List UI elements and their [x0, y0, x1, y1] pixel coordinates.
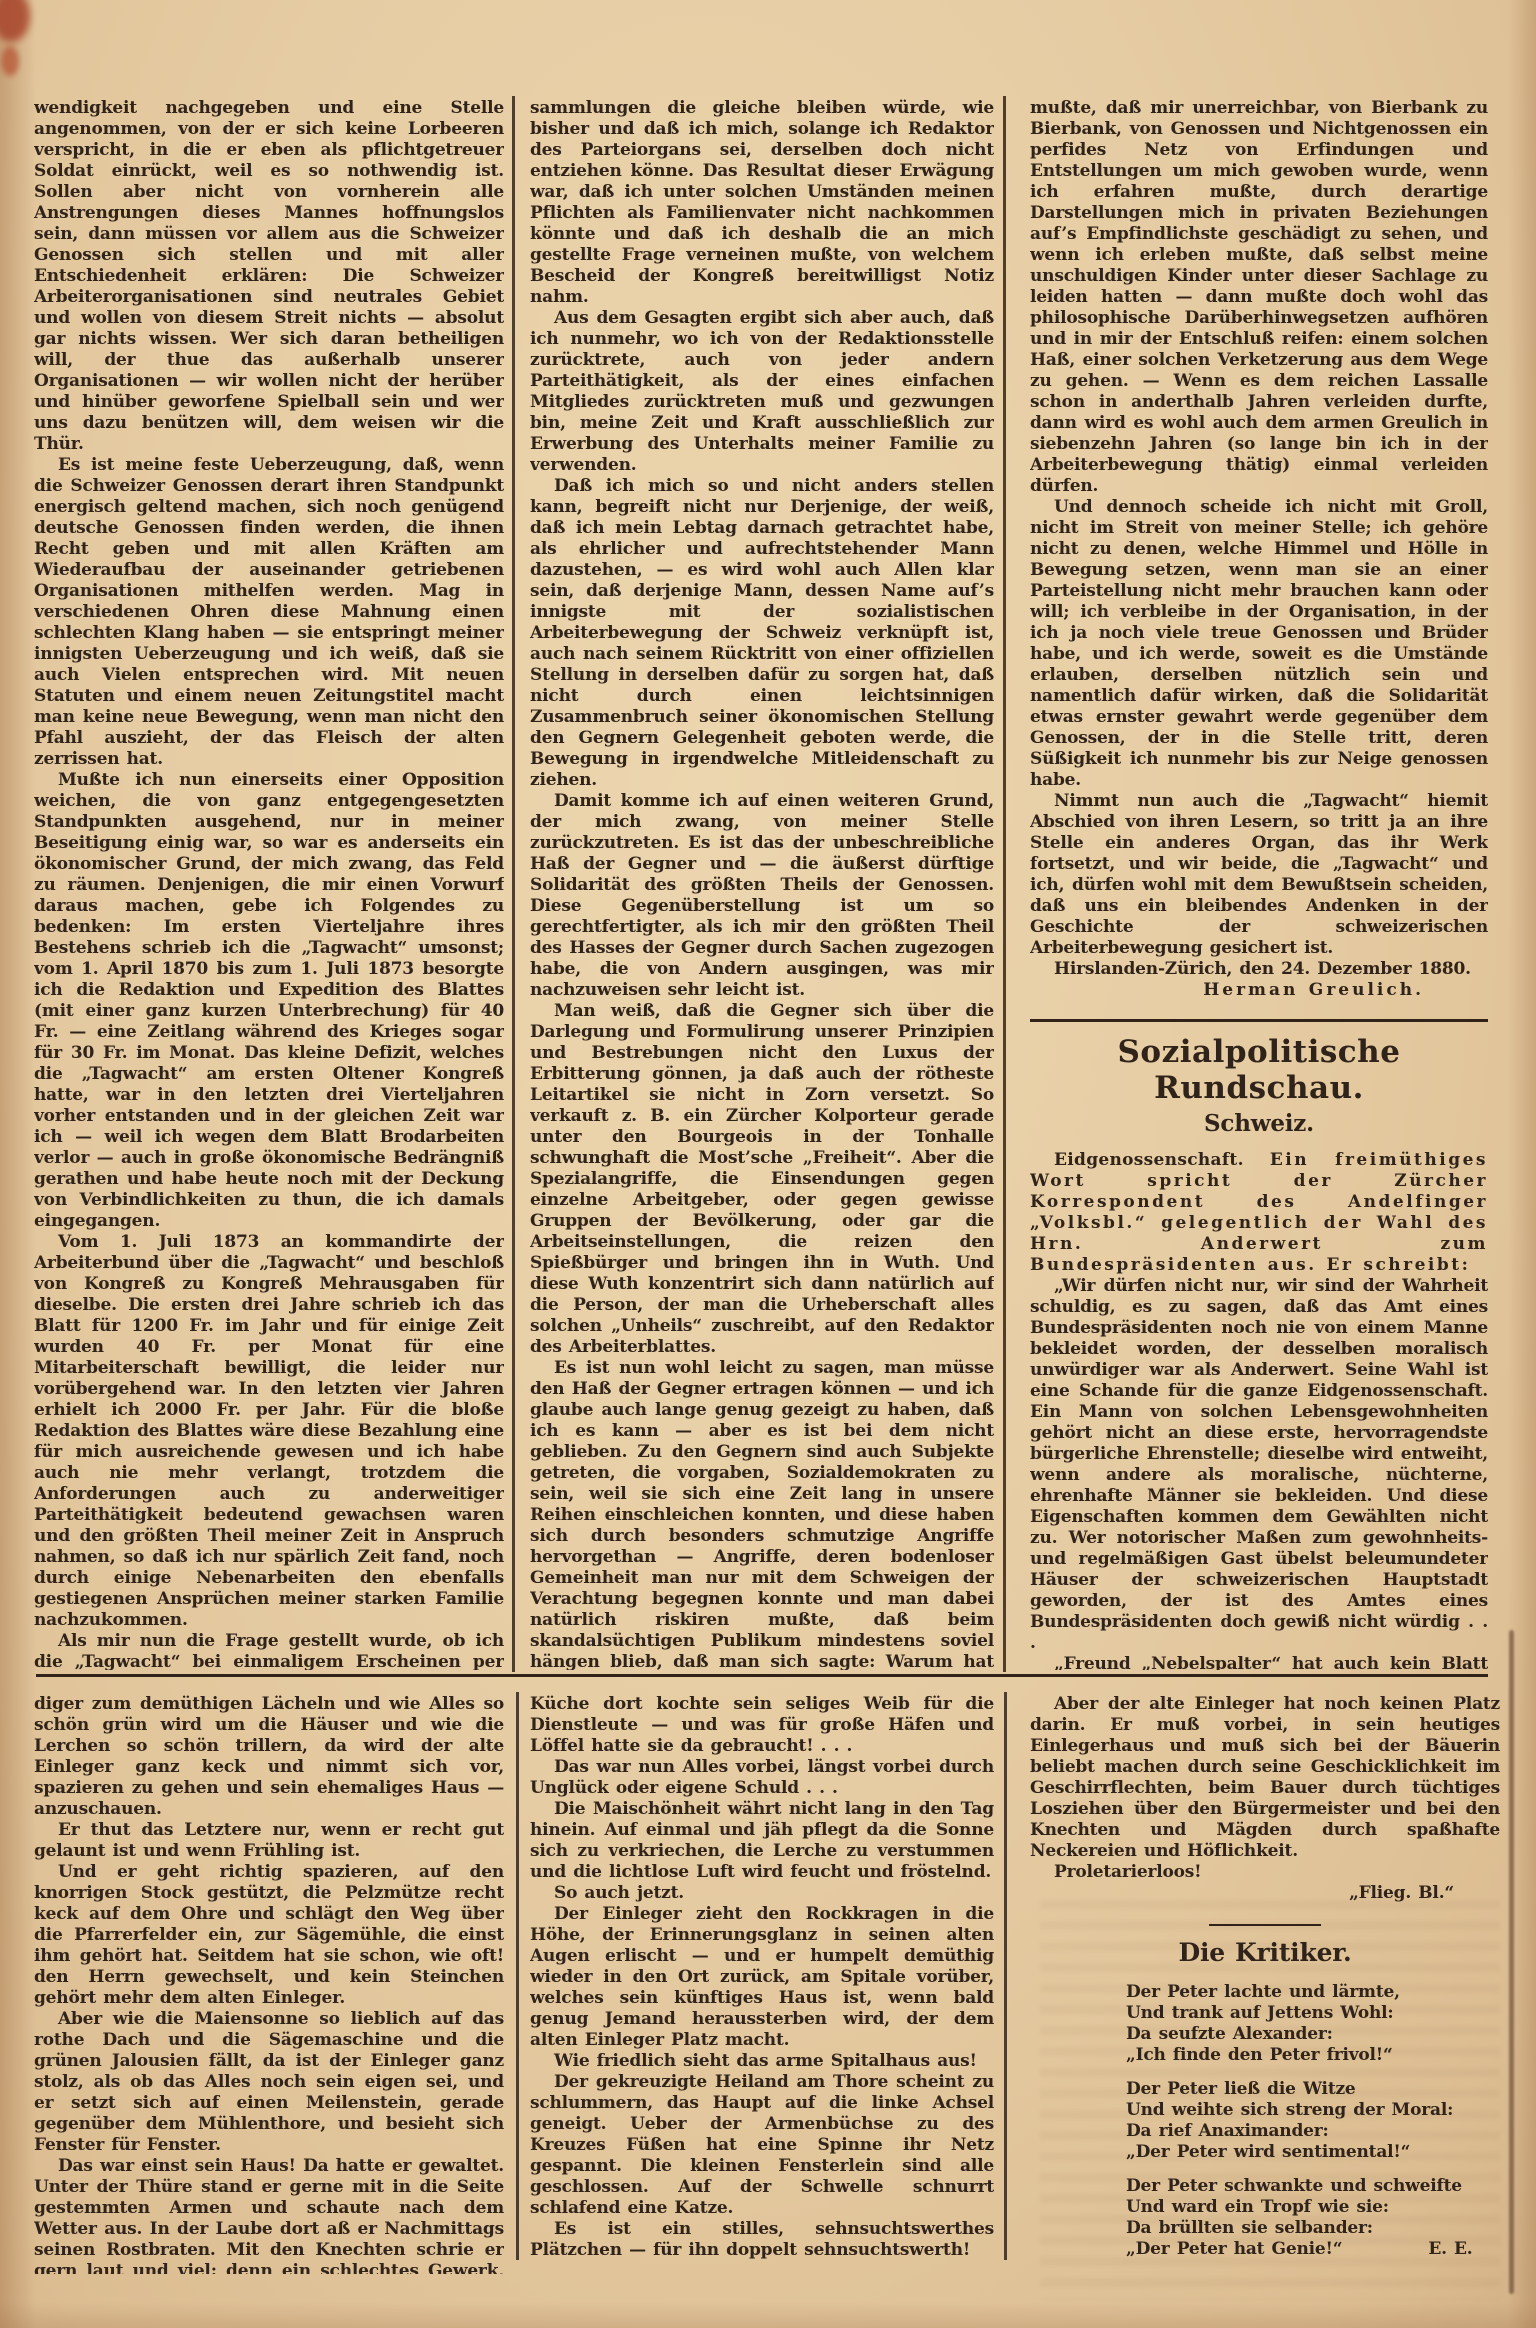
paragraph: mußte, daß mir unerreichbar, von Bierban…	[1030, 98, 1488, 497]
paragraph: Mußte ich nun einerseits einer Oppositio…	[34, 770, 504, 1232]
feuilleton-column-2: Küche dort kochte sein seliges Weib für …	[530, 1694, 994, 2274]
poem-title: Die Kritiker.	[1030, 1938, 1500, 1968]
paragraph: wendigkeit nachgegeben und eine Stelle a…	[34, 98, 504, 455]
article-column-3: mußte, daß mir unerreichbar, von Bierban…	[1030, 98, 1488, 1670]
paragraph: Und dennoch scheide ich nicht mit Groll,…	[1030, 497, 1488, 791]
paragraph: Aus dem Gesagten ergibt sich aber auch, …	[530, 308, 994, 476]
paragraph: Aber wie die Maiensonne so lieblich auf …	[34, 2009, 504, 2156]
section-heading: Sozialpolitische Rundschau.	[1030, 1034, 1488, 1106]
paragraph: Der Einleger zieht den Rockkragen in die…	[530, 1904, 994, 2051]
poem-line: Und weihte sich streng der Moral:	[1126, 2100, 1500, 2121]
article-column-1: wendigkeit nachgegeben und eine Stelle a…	[34, 98, 504, 1670]
dateline: Hirslanden-Zürich, den 24. Dezember 1880…	[1030, 959, 1488, 980]
column-divider	[1004, 1692, 1007, 2260]
article-column-2: sammlungen die gleiche bleiben würde, wi…	[530, 98, 994, 1670]
poem-line: „Ich finde den Peter frivol!“	[1126, 2045, 1500, 2066]
poem-stanza: Der Peter lachte und lärmte, Und trank a…	[1126, 1982, 1500, 2066]
paragraph: Und er geht richtig spazieren, auf den k…	[34, 1862, 504, 2009]
poem-divider	[1209, 1924, 1321, 1926]
paragraph: Er thut das Letztere nur, wenn er recht …	[34, 1820, 504, 1862]
column-divider	[512, 96, 515, 1672]
paragraph: Das war einst sein Haus! Da hatte er gew…	[34, 2156, 504, 2274]
paragraph: diger zum demüthigen Lächeln und wie All…	[34, 1694, 504, 1820]
source-credit: „Flieg. Bl.“	[1030, 1883, 1500, 1904]
poem-stanza: Der Peter schwankte und schweifte Und wa…	[1126, 2176, 1500, 2260]
paragraph: Proletarierloos!	[1030, 1862, 1500, 1883]
section-divider	[36, 1674, 1488, 1677]
section-subheading: Schweiz.	[1030, 1110, 1488, 1138]
poem-line: Da brüllten sie selbander:	[1126, 2218, 1500, 2239]
poem-line: Der Peter schwankte und schweifte	[1126, 2176, 1500, 2197]
paragraph: Es ist nun wohl leicht zu sagen, man müs…	[530, 1358, 994, 1670]
paragraph: Das war nun Alles vorbei, längst vorbei …	[530, 1757, 994, 1799]
poem-line-text: „Der Peter hat Genie!“	[1126, 2239, 1342, 2259]
poem-author-initials: E. E.	[1428, 2239, 1472, 2259]
paragraph: Es ist ein stilles, sehnsuchtswerthes Pl…	[530, 2219, 994, 2261]
paragraph: Aber der alte Einleger hat noch keinen P…	[1030, 1694, 1500, 1862]
paragraph: Wie friedlich sieht das arme Spitalhaus …	[530, 2051, 994, 2072]
paragraph: Eidgenossenschaft. Ein freimüthiges Wort…	[1030, 1150, 1488, 1276]
author-signature: Herman Greulich.	[1030, 980, 1488, 1001]
paragraph: sammlungen die gleiche bleiben würde, wi…	[530, 98, 994, 308]
paragraph: Vom 1. Juli 1873 an kommandirte der Arbe…	[34, 1232, 504, 1631]
paragraph: „Wir dürfen nicht nur, wir sind der Wahr…	[1030, 1276, 1488, 1654]
paragraph: Daß ich mich so und nicht anders stellen…	[530, 476, 994, 791]
poem-line: Da rief Anaximander:	[1126, 2121, 1500, 2142]
poem-line: Der Peter lachte und lärmte,	[1126, 1982, 1500, 2003]
paragraph-lead: Eidgenossenschaft.	[1054, 1150, 1244, 1170]
article-divider	[1030, 1019, 1488, 1022]
paragraph: Die Maischönheit währt nicht lang in den…	[530, 1799, 994, 1883]
page-edge-left-shadow	[0, 0, 36, 2328]
paragraph: Nimmt nun auch die „Tagwacht“ hiemit Abs…	[1030, 791, 1488, 959]
newspaper-page: { "colors": { "paper": "#e6cca3", "ink":…	[0, 0, 1536, 2328]
paragraph: Als mir nun die Frage gestellt wurde, ob…	[34, 1631, 504, 1670]
poem-stanza: Der Peter ließ die Witze Und weihte sich…	[1126, 2079, 1500, 2163]
paragraph: So auch jetzt.	[530, 1883, 994, 1904]
poem-line: „Der Peter wird sentimental!“	[1126, 2142, 1500, 2163]
paragraph: Man weiß, daß die Gegner sich über die D…	[530, 1001, 994, 1358]
paragraph: Es ist meine feste Ueberzeugung, daß, we…	[34, 455, 504, 770]
poem-line: Der Peter ließ die Witze	[1126, 2079, 1500, 2100]
feuilleton-column-1: diger zum demüthigen Lächeln und wie All…	[34, 1694, 504, 2274]
paragraph: Der gekreuzigte Heiland am Thore scheint…	[530, 2072, 994, 2219]
paragraph: „Freund „Nebelspalter“ hat auch kein Bla…	[1030, 1654, 1488, 1670]
paragraph: Damit komme ich auf einen weiteren Grund…	[530, 791, 994, 1001]
page-crease-shadow	[1509, 1630, 1514, 2294]
ink-stain	[1, 46, 19, 76]
column-divider	[516, 1692, 519, 2260]
poem-line: Und ward ein Tropf wie sie:	[1126, 2197, 1500, 2218]
poem-line: Da seufzte Alexander:	[1126, 2024, 1500, 2045]
poem-line: Und trank auf Jettens Wohl:	[1126, 2003, 1500, 2024]
paragraph: Küche dort kochte sein seliges Weib für …	[530, 1694, 994, 1757]
column-divider	[1003, 96, 1006, 1672]
poem-line: „Der Peter hat Genie!“E. E.	[1126, 2239, 1500, 2260]
page-edge-bottom-shadow	[0, 2302, 1536, 2328]
feuilleton-column-3: Aber der alte Einleger hat noch keinen P…	[1030, 1694, 1500, 2274]
